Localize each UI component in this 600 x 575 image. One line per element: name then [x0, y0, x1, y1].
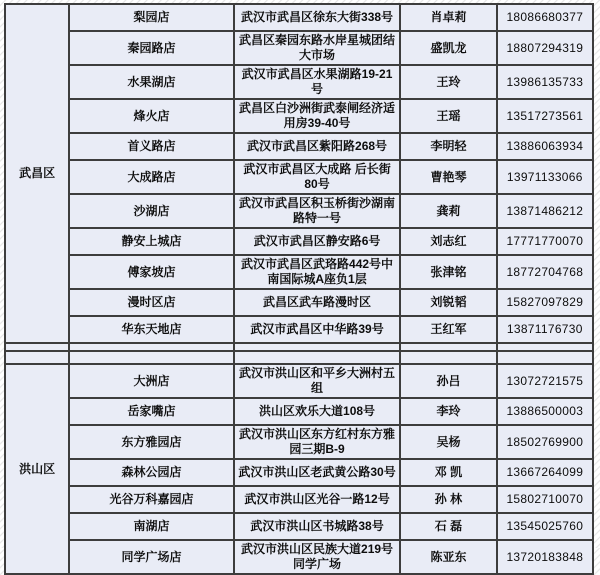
spacer-cell [69, 351, 234, 364]
phone-cell: 13886500003 [497, 398, 593, 425]
contact-cell: 王红军 [400, 316, 496, 343]
spacer-cell [497, 343, 593, 351]
store-table-body: 武昌区梨园店武汉市武昌区徐东大街338号肖卓莉18086680377秦园路店武昌… [5, 4, 593, 548]
table-row: 东方雅园店武汉市洪山区东方红村东方雅园三期B-9吴杨18502769900 [5, 425, 593, 459]
spacer-cell [400, 351, 496, 364]
address-cell: 武汉市洪山区民族大道219号同学广场 [234, 540, 401, 548]
phone-cell: 18772704768 [497, 255, 593, 289]
store-name-cell: 大洲店 [69, 364, 234, 398]
phone-cell: 13871176730 [497, 316, 593, 343]
spacer-row [5, 351, 593, 364]
phone-cell: 13667264099 [497, 459, 593, 486]
contact-cell: 刘锐韬 [400, 289, 496, 316]
spacer-row [5, 343, 593, 351]
contact-cell: 陈亚东 [400, 540, 496, 548]
store-name-cell: 森林公园店 [69, 459, 234, 486]
store-name-cell: 水果湖店 [69, 65, 234, 99]
store-name-cell: 烽火店 [69, 99, 234, 133]
address-cell: 武汉市洪山区和平乡大洲村五组 [234, 364, 401, 398]
address-cell: 武汉市武昌区徐东大街338号 [234, 4, 401, 31]
store-name-cell: 漫时区店 [69, 289, 234, 316]
table-row: 水果湖店武汉市武昌区水果湖路19-21号王玲13986135733 [5, 65, 593, 99]
contact-cell: 王玲 [400, 65, 496, 99]
spacer-cell [400, 343, 496, 351]
store-name-cell: 华东天地店 [69, 316, 234, 343]
table-row: 南湖店武汉市洪山区书城路38号石 磊13545025760 [5, 513, 593, 540]
phone-cell: 15802710070 [497, 486, 593, 513]
table-row: 首义路店武汉市武昌区紫阳路268号李明轻13886063934 [5, 133, 593, 160]
store-name-cell: 东方雅园店 [69, 425, 234, 459]
contact-cell: 龚莉 [400, 194, 496, 228]
contact-cell: 邓 凯 [400, 459, 496, 486]
spacer-cell [234, 351, 401, 364]
table-row: 华东天地店武汉市武昌区中华路39号王红军13871176730 [5, 316, 593, 343]
phone-cell: 13517273561 [497, 99, 593, 133]
table-row: 岳家嘴店洪山区欢乐大道108号李玲13886500003 [5, 398, 593, 425]
address-cell: 武汉市武昌区中华路39号 [234, 316, 401, 343]
table-row: 洪山区大洲店武汉市洪山区和平乡大洲村五组孙吕13072721575 [5, 364, 593, 398]
store-table: 武昌区梨园店武汉市武昌区徐东大街338号肖卓莉18086680377秦园路店武昌… [4, 3, 594, 548]
table-row: 武昌区梨园店武汉市武昌区徐东大街338号肖卓莉18086680377 [5, 4, 593, 31]
address-cell: 武汉市武昌区武珞路442号中南国际城A座负1层 [234, 255, 401, 289]
address-cell: 武汉市武昌区静安路6号 [234, 228, 401, 255]
store-name-cell: 沙湖店 [69, 194, 234, 228]
table-row: 光谷万科嘉园店武汉市洪山区光谷一路12号孙 林15802710070 [5, 486, 593, 513]
address-cell: 武汉市洪山区东方红村东方雅园三期B-9 [234, 425, 401, 459]
table-row: 大成路店武汉市武昌区大成路 后长街80号曹艳琴13971133066 [5, 160, 593, 194]
district-cell: 武昌区 [5, 4, 69, 343]
phone-cell: 18502769900 [497, 425, 593, 459]
table-row: 静安上城店武汉市武昌区静安路6号刘志红17771770070 [5, 228, 593, 255]
contact-cell: 王瑶 [400, 99, 496, 133]
spacer-cell [69, 343, 234, 351]
spacer-cell [5, 351, 69, 364]
phone-cell: 13871486212 [497, 194, 593, 228]
store-name-cell: 秦园路店 [69, 31, 234, 65]
store-name-cell: 静安上城店 [69, 228, 234, 255]
store-name-cell: 大成路店 [69, 160, 234, 194]
address-cell: 武昌区武车路漫时区 [234, 289, 401, 316]
table-row: 秦园路店武昌区秦园东路水岸星城团结大市场盛凯龙18807294319 [5, 31, 593, 65]
contact-cell: 孙 林 [400, 486, 496, 513]
table-row: 沙湖店武汉市武昌区积玉桥街沙湖南路特一号龚莉13871486212 [5, 194, 593, 228]
store-name-cell: 同学广场店 [69, 540, 234, 548]
spacer-cell [497, 351, 593, 364]
contact-cell: 李明轻 [400, 133, 496, 160]
spacer-cell [5, 343, 69, 351]
phone-cell: 18086680377 [497, 4, 593, 31]
address-cell: 武汉市武昌区大成路 后长街80号 [234, 160, 401, 194]
table-row: 森林公园店武汉市洪山区老武黄公路30号邓 凯13667264099 [5, 459, 593, 486]
contact-cell: 石 磊 [400, 513, 496, 540]
store-name-cell: 傅家坡店 [69, 255, 234, 289]
phone-cell: 13971133066 [497, 160, 593, 194]
contact-cell: 吴杨 [400, 425, 496, 459]
table-row: 同学广场店武汉市洪山区民族大道219号同学广场陈亚东13720183848 [5, 540, 593, 548]
address-cell: 武汉市武昌区水果湖路19-21号 [234, 65, 401, 99]
address-cell: 武汉市武昌区紫阳路268号 [234, 133, 401, 160]
spacer-cell [234, 343, 401, 351]
address-cell: 武汉市洪山区书城路38号 [234, 513, 401, 540]
table-row: 漫时区店武昌区武车路漫时区刘锐韬15827097829 [5, 289, 593, 316]
contact-cell: 刘志红 [400, 228, 496, 255]
store-name-cell: 梨园店 [69, 4, 234, 31]
phone-cell: 13886063934 [497, 133, 593, 160]
phone-cell: 13986135733 [497, 65, 593, 99]
address-cell: 武昌区白沙洲街武泰闸经济适用房39-40号 [234, 99, 401, 133]
phone-cell: 17771770070 [497, 228, 593, 255]
contact-cell: 肖卓莉 [400, 4, 496, 31]
address-cell: 武汉市洪山区老武黄公路30号 [234, 459, 401, 486]
store-name-cell: 岳家嘴店 [69, 398, 234, 425]
address-cell: 武昌区秦园东路水岸星城团结大市场 [234, 31, 401, 65]
address-cell: 武汉市武昌区积玉桥街沙湖南路特一号 [234, 194, 401, 228]
address-cell: 武汉市洪山区光谷一路12号 [234, 486, 401, 513]
contact-cell: 孙吕 [400, 364, 496, 398]
phone-cell: 13545025760 [497, 513, 593, 540]
address-cell: 洪山区欢乐大道108号 [234, 398, 401, 425]
contact-cell: 盛凯龙 [400, 31, 496, 65]
table-row: 烽火店武昌区白沙洲街武泰闸经济适用房39-40号王瑶13517273561 [5, 99, 593, 133]
phone-cell: 18807294319 [497, 31, 593, 65]
contact-cell: 曹艳琴 [400, 160, 496, 194]
contact-cell: 李玲 [400, 398, 496, 425]
district-cell: 洪山区 [5, 364, 69, 548]
table-row: 傅家坡店武汉市武昌区武珞路442号中南国际城A座负1层张津铭1877270476… [5, 255, 593, 289]
contact-cell: 张津铭 [400, 255, 496, 289]
phone-cell: 13072721575 [497, 364, 593, 398]
phone-cell: 13720183848 [497, 540, 593, 548]
store-name-cell: 光谷万科嘉园店 [69, 486, 234, 513]
store-name-cell: 首义路店 [69, 133, 234, 160]
store-table-container: 武昌区梨园店武汉市武昌区徐东大街338号肖卓莉18086680377秦园路店武昌… [4, 3, 594, 548]
store-name-cell: 南湖店 [69, 513, 234, 540]
phone-cell: 15827097829 [497, 289, 593, 316]
